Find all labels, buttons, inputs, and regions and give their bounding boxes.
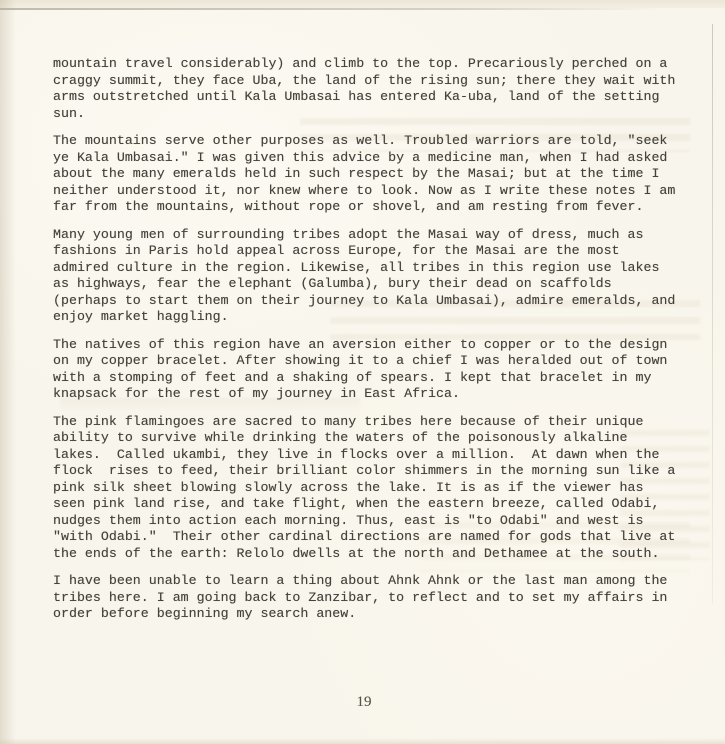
paragraph: Many young men of surrounding tribes ado…	[53, 227, 693, 326]
text-line: enjoy market haggling.	[53, 309, 693, 326]
body-text: mountain travel considerably) and climb …	[53, 56, 693, 634]
text-line: The mountains serve other purposes as we…	[53, 133, 693, 150]
page-bottom-edge-shade	[0, 738, 725, 744]
text-line: neither understood it, nor knew where to…	[53, 183, 693, 200]
text-line: ye Kala Umbasai." I was given this advic…	[53, 150, 693, 167]
text-line: as highways, fear the elephant (Galumba)…	[53, 276, 693, 293]
text-line: knapsack for the rest of my journey in E…	[53, 386, 693, 403]
text-line: the ends of the earth: Relolo dwells at …	[53, 546, 693, 563]
text-line: about the many emeralds held in such res…	[53, 166, 693, 183]
text-line: Many young men of surrounding tribes ado…	[53, 227, 693, 244]
paragraph: I have been unable to learn a thing abou…	[53, 573, 693, 623]
text-line: order before beginning my search anew.	[53, 606, 693, 623]
text-line: mountain travel considerably) and climb …	[53, 56, 693, 73]
text-line: arms outstretched until Kala Umbasai has…	[53, 89, 693, 106]
text-line: sun.	[53, 106, 693, 123]
text-line: on my copper bracelet. After showing it …	[53, 353, 693, 370]
text-line: ability to survive while drinking the wa…	[53, 430, 693, 447]
text-line: with a stomping of feet and a shaking of…	[53, 370, 693, 387]
page-number: 19	[53, 694, 675, 711]
text-line: I have been unable to learn a thing abou…	[53, 573, 693, 590]
text-line: The natives of this region have an avers…	[53, 337, 693, 354]
paragraph: The mountains serve other purposes as we…	[53, 133, 693, 216]
scan-hairline-right	[712, 24, 713, 604]
text-line: nudges them into action each morning. Th…	[53, 513, 693, 530]
text-line: lakes. Called ukambi, they live in flock…	[53, 447, 693, 464]
page-left-edge-shade	[0, 0, 16, 744]
paragraph: The natives of this region have an avers…	[53, 337, 693, 403]
page-top-edge-shade	[0, 0, 725, 8]
scan-hairline-top	[0, 8, 662, 10]
text-line: admired culture in the region. Likewise,…	[53, 260, 693, 277]
text-line: "with Odabi." Their other cardinal direc…	[53, 529, 693, 546]
text-line: The pink flamingoes are sacred to many t…	[53, 414, 693, 431]
paragraph: The pink flamingoes are sacred to many t…	[53, 414, 693, 563]
text-line: tribes here. I am going back to Zanzibar…	[53, 590, 693, 607]
paragraph: mountain travel considerably) and climb …	[53, 56, 693, 122]
text-line: pink silk sheet blowing slowly across th…	[53, 480, 693, 497]
text-line: seen pink land rise, and take flight, wh…	[53, 496, 693, 513]
scanned-book-page: mountain travel considerably) and climb …	[0, 0, 725, 744]
text-line: far from the mountains, without rope or …	[53, 199, 693, 216]
text-line: (perhaps to start them on their journey …	[53, 293, 693, 310]
text-line: fashions in Paris hold appeal across Eur…	[53, 243, 693, 260]
text-line: flock rises to feed, their brilliant col…	[53, 463, 693, 480]
text-line: craggy summit, they face Uba, the land o…	[53, 73, 693, 90]
